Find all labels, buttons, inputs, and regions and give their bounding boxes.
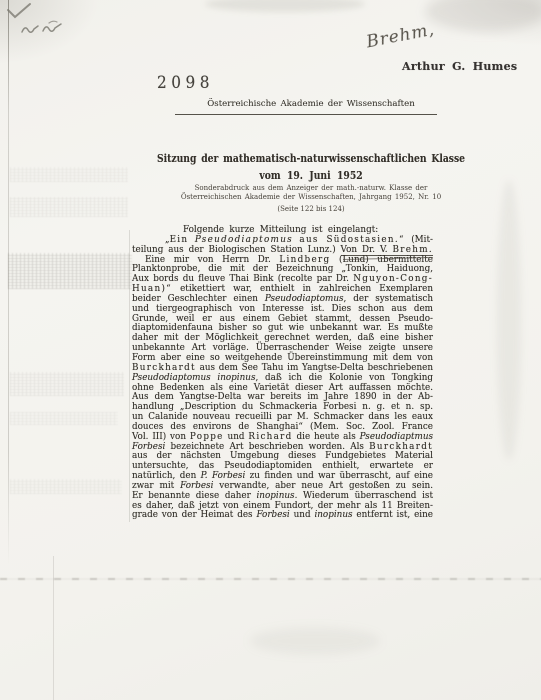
scan-smudge: [205, 0, 365, 12]
text-run: zwar mit: [132, 481, 180, 491]
text-run: teilung aus der Biologischen Station Lun…: [132, 245, 341, 255]
owner-name-stamp: Arthur G. Humes: [402, 60, 517, 73]
imprint-line1: Sonderabdruck aus dem Anzeiger der math.…: [71, 184, 541, 193]
number-stamp: 2098: [157, 73, 214, 93]
imprint-block: Sonderabdruck aus dem Anzeiger der math.…: [71, 184, 541, 202]
imprint-pages: (Seite 122 bis 124): [71, 205, 541, 213]
text-run: aus dem See Tahu im Yangtse-Delta beschr…: [196, 363, 433, 373]
text-run: douces des environs de Shanghai“ (Mem. S…: [132, 422, 433, 432]
text-run: und: [290, 510, 315, 520]
scanned-offprint-page: Brehm, Arthur G. Humes 2098 Österreichis…: [0, 0, 541, 700]
text-run: natürlich, den: [132, 471, 201, 481]
text-run: , daß ich die Kolonie von Tongking: [255, 373, 433, 383]
institution-name: Österreichische Akademie der Wissenschaf…: [111, 99, 511, 109]
handwritten-name: Brehm,: [365, 20, 437, 53]
text-run: Pseudodiaptmus: [360, 432, 433, 442]
text-run: Form aber eine so weitgehende Übereinsti…: [132, 353, 433, 363]
text-run: Ein: [170, 235, 189, 245]
text-run: aus der nächsten Umgebung dieses Fundgeb…: [132, 451, 433, 461]
text-run: Aus dem Yangtse-Delta war bereits im Jah…: [132, 392, 433, 402]
text-run: die heute als: [293, 432, 360, 442]
text-run: inopinus: [256, 491, 294, 501]
text-run: Planktonprobe, die mit der Bezeichnung „…: [132, 264, 433, 274]
text-run: (Mit-: [405, 235, 433, 245]
checkmark-pencil-icon: [6, 2, 32, 20]
text-line: grade von der Heimat des Forbesi und ino…: [132, 511, 433, 521]
imprint-line2: Österreichischen Akademie der Wissenscha…: [71, 193, 541, 202]
text-run: Huan)“: [132, 284, 172, 294]
text-run: Pseudodiaptomus: [265, 294, 344, 304]
text-run: entfernt ist, eine: [353, 510, 433, 520]
scan-noise-band: [10, 479, 122, 494]
text-run: diaptomidenfauna bisher so gut wie unbek…: [132, 323, 433, 333]
text-run: Folgende kurze Mitteilung ist eingelangt…: [183, 225, 378, 235]
text-run: und: [224, 432, 249, 442]
text-run: , der systematisch: [344, 294, 433, 304]
text-run: aus Südostasien.“: [299, 235, 404, 245]
text-run: Er benannte diese daher: [132, 491, 256, 501]
text-run: zu finden und war überrascht, auf eine: [245, 471, 433, 481]
text-run: beider Geschlechter einen: [132, 294, 265, 304]
text-run: grade von der Heimat des: [132, 510, 256, 520]
text-run: Nguyon-Cong-: [353, 274, 433, 284]
text-run: un Calanide nouveau recueilli par M. Sch…: [132, 412, 433, 422]
letterhead-rule: [175, 114, 437, 115]
text-run: Vol. III) von: [132, 432, 190, 442]
text-run: Richard: [248, 432, 292, 442]
text-run: Burckhardt: [132, 363, 196, 373]
text-run: . Wiederum überraschend ist: [295, 491, 433, 501]
text-run: Forbesi: [180, 481, 213, 491]
paragraph: „Ein Pseudodiaptomus aus Südostasien.“ (…: [132, 236, 433, 256]
scribble-pencil-icon: [21, 20, 65, 38]
fold-crease-line: [0, 578, 541, 580]
text-run: ohne Bedenken als eine Varietät dieser A…: [132, 383, 433, 393]
text-run: Poppe: [190, 432, 224, 442]
body-text: Folgende kurze Mitteilung ist eingelangt…: [132, 226, 433, 521]
scan-smudge: [425, 0, 541, 32]
text-run: handlung „Description du Schmackeria For…: [132, 402, 433, 412]
text-run: und tiergeographisch von Interesse ist. …: [132, 304, 433, 314]
text-run: P. Forbesi: [201, 471, 246, 481]
title-line1: Sitzung der mathematisch-naturwissenscha…: [111, 151, 511, 165]
scan-noise-band: [8, 253, 132, 289]
scan-smudge: [497, 180, 521, 460]
scan-noise-band: [10, 412, 118, 425]
text-run: Forbesi: [256, 510, 289, 520]
text-run: Pseudodiaptomus inopinus: [132, 373, 255, 383]
text-run: inopinus: [314, 510, 352, 520]
paragraph: Eine mir von Herrn Dr. Lindberg (Lund) ü…: [132, 256, 433, 522]
scan-smudge: [250, 628, 380, 654]
text-run: verwandte, aber neue Art gestoßen zu sei…: [213, 481, 433, 491]
text-run: etikettiert war, enthielt in zahlreichen…: [172, 284, 433, 294]
text-run: Pseudodiaptomus: [195, 235, 293, 245]
text-run: unbekannte Art vorläge. Überraschender W…: [132, 343, 433, 353]
title-line2: vom 19. Juni 1952: [111, 168, 511, 182]
title-block: Sitzung der mathematisch-naturwissenscha…: [111, 151, 511, 182]
scan-noise-band: [10, 372, 124, 396]
text-run: daher mit der Möglichkeit gerechnet werd…: [132, 333, 433, 343]
text-run: untersuchte, das Pseudodiaptomiden enthi…: [132, 461, 433, 471]
text-run: Aux bords du fleuve Thai Bink (recolte p…: [132, 274, 353, 284]
